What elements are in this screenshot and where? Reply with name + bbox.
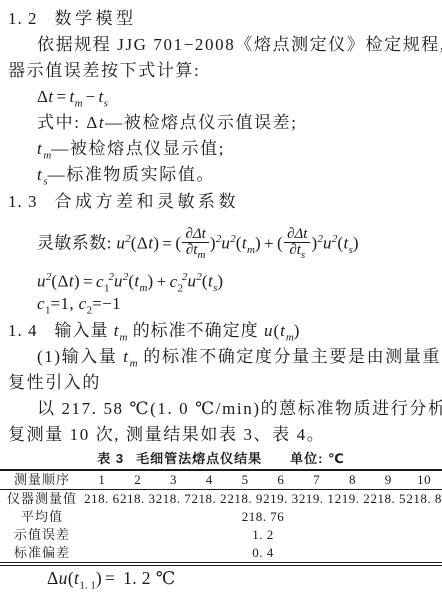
var-u: u [221,234,230,253]
definition-text: 被检熔点仪显示值; [70,139,225,158]
row-label: 仪器测量值 [0,490,84,509]
var-u: u [37,272,46,291]
table-number: 表 3 [97,451,124,466]
paragraph-text: (1)输入量 [37,347,123,366]
col-header: 10 [406,470,442,490]
equals-one: =1, [50,294,78,313]
formula-indication-error: Δt=tm−ts [0,84,442,110]
row-label: 平均值 [0,508,84,526]
table-row-mean: 平均值 218. 76 [0,508,442,526]
table-row-std: 标准偏差 0. 4 [0,544,442,564]
fraction-numerator: ∂Δt [182,227,208,243]
paren: ) [217,272,223,291]
table-row-error: 示值误差 1. 2 [0,526,442,544]
equals-minus-one: =−1 [92,294,121,313]
section-title: 数学模型 [55,9,137,28]
table-3-capillary-results: 测量顺序 1 2 3 4 5 6 7 8 9 10 仪器测量值 218. 6 2… [0,469,442,566]
var-c: c [37,294,45,313]
paragraph-line: 依据规程 JJG 701−2008《熔点测定仪》检定规程, 仪 [0,32,442,58]
sub-m: m [286,331,294,343]
formula-label: 灵敏系数: [37,234,116,253]
equals: = [53,87,69,106]
var-u: u [323,234,332,253]
var-c: c [170,272,178,291]
col-header: 2 [120,470,156,490]
section-heading-1-4: 1. 4输入量 tm 的标准不确定度 u(tm) [0,317,442,344]
section-title: 合成方差和灵敏系数 [55,192,240,211]
partial-derivative-ts: ∂Δt∂ts [284,227,310,263]
fraction-denominator: ∂ts [284,243,310,263]
document-page: 1. 2数学模型 依据规程 JJG 701−2008《熔点测定仪》检定规程, 仪… [0,0,442,592]
var-c: c [79,294,87,313]
section-title: 输入量 tm 的标准不确定度 u(tm) [55,321,301,340]
definition-ts: ts—标准物质实际值。 [0,162,442,188]
col-header: 9 [370,470,406,490]
equals: = [159,234,175,253]
delta-symbol: Δ [137,234,148,253]
table-title: 毛细管法熔点仪结果 [136,451,262,466]
cell-value: 1. 2 [84,526,442,544]
minus: − [83,87,99,106]
delta-symbol: Δ [86,113,99,132]
cell-value: 0. 4 [84,544,442,564]
paragraph-text: 的标准不确定度分量主要是由测量重 [138,347,441,366]
cell-value: 218. 76 [84,508,442,526]
equals: = [80,272,96,291]
delta-symbol: Δ [57,272,68,291]
table-header-row: 测量顺序 1 2 3 4 5 6 7 8 9 10 [0,470,442,490]
formula-combined-variance: u2(Δt)=c12u2(tm)+c22u2(ts) [0,263,442,291]
paragraph-line: (1)输入量 tm 的标准不确定度分量主要是由测量重 [0,344,442,370]
cell-value: 218. 9 [227,490,263,509]
sub-s: s [301,249,305,261]
table-caption: 表 3毛细管法熔点仪结果单位: ℃ [0,448,442,469]
definition-text: 被检熔点仪示值误差; [124,113,298,132]
title-text: 输入量 [55,321,114,340]
section-heading-1-2: 1. 2数学模型 [0,5,442,32]
col-header: 8 [335,470,371,490]
definition-tm: tm—被检熔点仪显示值; [0,136,442,162]
delta-symbol: Δ [47,568,59,588]
cell-value: 218. 3 [120,490,156,509]
plus: + [261,234,277,253]
paren: ) [294,321,301,340]
cell-value: 219. 1 [299,490,335,509]
section-number: 1. 3 [8,192,38,211]
paren: ) [148,272,154,291]
section-heading-1-3: 1. 3合成方差和灵敏系数 [0,188,442,215]
row-label: 示值误差 [0,526,84,544]
plus: + [154,272,170,291]
table-row-measured: 仪器测量值 218. 6 218. 3 218. 7 218. 2 218. 9… [0,490,442,509]
sub-2: 2 [178,282,184,294]
paren: ) [353,234,359,253]
dash: — [105,113,124,132]
sub-m: m [247,244,255,256]
sub-m: m [140,282,148,294]
cell-value: 218. 7 [156,490,192,509]
sub-1-1: 1. 1 [79,580,96,592]
paren: ( [277,234,283,253]
col-header: 3 [156,470,192,490]
uncertainty-value: 1. 2 [123,568,156,588]
definition-text: 标准物质实际值。 [66,165,215,184]
col-header: 7 [299,470,335,490]
paragraph-line: 器示值误差按下式计算: [0,58,442,84]
cell-value: 219. 3 [263,490,299,509]
var-u: u [59,568,68,588]
formula-sensitivity: 灵敏系数: u2(Δt)=(∂Δt∂tm)2u2(tm)+(∂Δt∂ts)2u2… [0,215,442,263]
paragraph-line: 复性引入的 [0,370,442,396]
paren: ( [175,234,181,253]
delta-symbol: Δ [37,87,48,106]
celsius-unit: ℃ [156,568,176,588]
col-header: 5 [227,470,263,490]
fraction-numerator: ∂Δt [284,227,310,243]
col-header: 6 [263,470,299,490]
cell-value: 218. 6 [84,490,120,509]
fraction-denominator: ∂tm [182,243,208,263]
dash: — [48,165,67,184]
cell-value: 218. 5 [370,490,406,509]
cell-value: 218. 2 [191,490,227,509]
formula-repeatability-uncertainty: Δu(t1. 1)= 1. 2 ℃ [0,568,442,589]
col-header: 4 [191,470,227,490]
paragraph-line: 以 217. 58 ℃(1. 0 ℃/min)的蒽标准物质进行分析, 重 [0,396,442,422]
partial-derivative-tm: ∂Δt∂tm [182,227,208,263]
var-c: c [96,272,104,291]
dash: — [51,139,70,158]
row-label: 标准偏差 [0,544,84,564]
paragraph-line: 复测量 10 次, 测量结果如表 3、表 4。 [0,422,442,448]
equals: = [102,568,123,588]
sub-s: s [104,97,108,109]
section-number: 1. 4 [8,321,38,340]
var-u: u [264,321,274,340]
coef-c1: c12 [96,272,114,291]
sub-m: m [75,97,83,109]
var-u: u [114,272,123,291]
section-number: 1. 2 [8,9,38,28]
col-header: 1 [84,470,120,490]
cell-value: 219. 2 [335,490,371,509]
cell-value: 218. 8 [406,490,442,509]
title-text: 的标准不确定度 [127,321,264,340]
where-clause: 式中: Δt—被检熔点仪示值误差; [0,110,442,136]
table-unit: 单位: ℃ [290,451,345,466]
sub-m: m [130,357,138,369]
formula-coefficients: c1=1, c2=−1 [0,291,442,317]
coef-c2: c22 [170,272,188,291]
partial-t: ∂t [186,242,198,258]
var-u: u [116,234,125,253]
partial-t: ∂t [289,242,301,258]
sub-m: m [197,249,205,261]
where-label: 式中: [37,113,86,132]
col-header: 测量顺序 [0,470,84,490]
